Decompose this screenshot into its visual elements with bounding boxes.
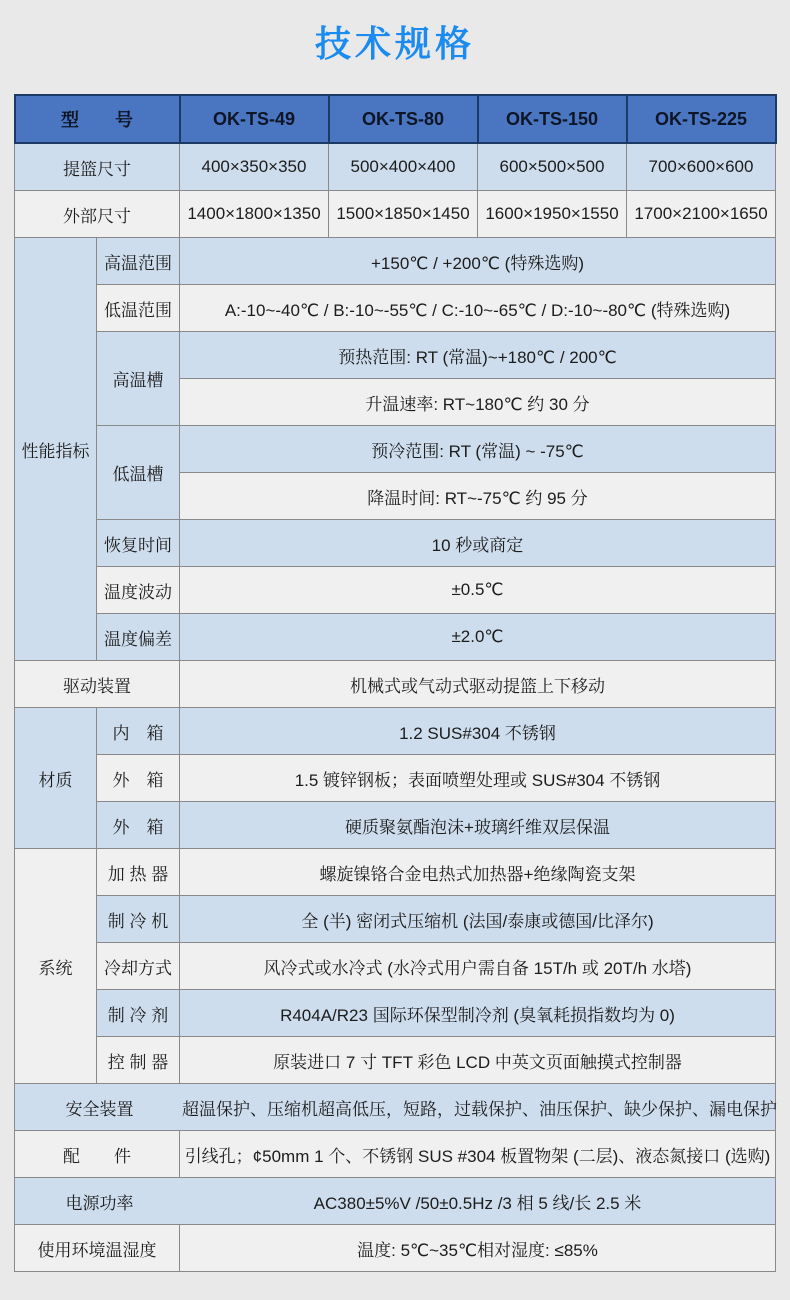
row-label: 使用环境温湿度 [15, 1225, 180, 1272]
table-row: 控 制 器原装进口 7 寸 TFT 彩色 LCD 中英文页面触摸式控制器 [15, 1037, 776, 1084]
dimension-value: 400×350×350 [180, 143, 329, 191]
row-value: 预热范围: RT (常温)~+180℃ / 200℃ [180, 332, 776, 379]
sub-label: 内 箱 [97, 708, 180, 755]
dimension-value: 1700×2100×1650 [627, 191, 776, 238]
merged-row: 安全装置超温保护、压缩机超高低压，短路，过载保护、油压保护、缺少保护、漏电保护 [17, 1084, 773, 1130]
row-label: 外部尺寸 [15, 191, 180, 238]
sub-label: 高温范围 [97, 238, 180, 285]
header-model-ok-ts-80: OK-TS-80 [329, 95, 478, 143]
table-row: 电源功率AC380±5%V /50±0.5Hz /3 相 5 线/长 2.5 米 [15, 1178, 776, 1225]
sub-label: 低温范围 [97, 285, 180, 332]
row-value: 升温速率: RT~180℃ 约 30 分 [180, 379, 776, 426]
table-row: 低温槽预冷范围: RT (常温) ~ -75℃ [15, 426, 776, 473]
header-model-ok-ts-49: OK-TS-49 [180, 95, 329, 143]
dimension-value: 700×600×600 [627, 143, 776, 191]
header-model-ok-ts-150: OK-TS-150 [478, 95, 627, 143]
row-label: 配 件 [15, 1131, 180, 1178]
row-value: 超温保护、压缩机超高低压，短路，过载保护、油压保护、缺少保护、漏电保护 [182, 1095, 777, 1120]
sub-label: 恢复时间 [97, 520, 180, 567]
row-value: 1.2 SUS#304 不锈钢 [180, 708, 776, 755]
sub-label: 制 冷 剂 [97, 990, 180, 1037]
row-value: +150℃ / +200℃ (特殊选购) [180, 238, 776, 285]
table-row: 外 箱1.5 镀锌钢板；表面喷塑处理或 SUS#304 不锈钢 [15, 755, 776, 802]
table-row: 高温槽预热范围: RT (常温)~+180℃ / 200℃ [15, 332, 776, 379]
table-row: 外部尺寸1400×1800×13501500×1850×14501600×195… [15, 191, 776, 238]
table-row: 温度偏差±2.0℃ [15, 614, 776, 661]
row-value: 硬质聚氨酯泡沫+玻璃纤维双层保温 [180, 802, 776, 849]
sub-label: 低温槽 [97, 426, 180, 520]
row-label: 电源功率 [17, 1189, 182, 1214]
row-value: ±0.5℃ [180, 567, 776, 614]
row-value: 机械式或气动式驱动提篮上下移动 [180, 661, 776, 708]
sub-label: 高温槽 [97, 332, 180, 426]
row-label: 驱动装置 [15, 661, 180, 708]
row-value: 螺旋镍铬合金电热式加热器+绝缘陶瓷支架 [180, 849, 776, 896]
sub-label: 外 箱 [97, 755, 180, 802]
table-row: 使用环境温湿度温度: 5℃~35℃相对湿度: ≤85% [15, 1225, 776, 1272]
table-row: 材质内 箱1.2 SUS#304 不锈钢 [15, 708, 776, 755]
table-row: 驱动装置机械式或气动式驱动提篮上下移动 [15, 661, 776, 708]
row-label: 提篮尺寸 [15, 143, 180, 191]
row-value: 10 秒或商定 [180, 520, 776, 567]
row-value: 1.5 镀锌钢板；表面喷塑处理或 SUS#304 不锈钢 [180, 755, 776, 802]
sub-label: 控 制 器 [97, 1037, 180, 1084]
row-value: 风冷式或水冷式 (水冷式用户需自备 15T/h 或 20T/h 水塔) [180, 943, 776, 990]
table-row: 制 冷 机全 (半) 密闭式压缩机 (法国/泰康或德国/比泽尔) [15, 896, 776, 943]
header-row: 型 号OK-TS-49OK-TS-80OK-TS-150OK-TS-225 [15, 95, 776, 143]
dimension-value: 1600×1950×1550 [478, 191, 627, 238]
table-row: 制 冷 剂R404A/R23 国际环保型制冷剂 (臭氧耗损指数均为 0) [15, 990, 776, 1037]
dimension-value: 1400×1800×1350 [180, 191, 329, 238]
group-label: 系统 [15, 849, 97, 1084]
table-row: 恢复时间10 秒或商定 [15, 520, 776, 567]
table-row: 配 件引线孔；¢50mm 1 个、不锈钢 SUS #304 板置物架 (二层)、… [15, 1131, 776, 1178]
merged-row-cell: 安全装置超温保护、压缩机超高低压，短路，过载保护、油压保护、缺少保护、漏电保护 [15, 1084, 776, 1131]
header-model-label: 型 号 [15, 95, 180, 143]
table-row: 安全装置超温保护、压缩机超高低压，短路，过载保护、油压保护、缺少保护、漏电保护 [15, 1084, 776, 1131]
merged-row-cell: 电源功率AC380±5%V /50±0.5Hz /3 相 5 线/长 2.5 米 [15, 1178, 776, 1225]
sub-label: 外 箱 [97, 802, 180, 849]
row-label: 安全装置 [17, 1095, 182, 1120]
table-row: 性能指标高温范围+150℃ / +200℃ (特殊选购) [15, 238, 776, 285]
sub-label: 温度偏差 [97, 614, 180, 661]
header-model-ok-ts-225: OK-TS-225 [627, 95, 776, 143]
table-row: 外 箱硬质聚氨酯泡沫+玻璃纤维双层保温 [15, 802, 776, 849]
table-row: 低温范围A:-10~-40℃ / B:-10~-55℃ / C:-10~-65℃… [15, 285, 776, 332]
row-value: 降温时间: RT~-75℃ 约 95 分 [180, 473, 776, 520]
row-value: ±2.0℃ [180, 614, 776, 661]
sub-label: 加 热 器 [97, 849, 180, 896]
row-value: 温度: 5℃~35℃相对湿度: ≤85% [180, 1225, 776, 1272]
dimension-value: 500×400×400 [329, 143, 478, 191]
row-value: 原装进口 7 寸 TFT 彩色 LCD 中英文页面触摸式控制器 [180, 1037, 776, 1084]
row-value: 全 (半) 密闭式压缩机 (法国/泰康或德国/比泽尔) [180, 896, 776, 943]
sub-label: 冷却方式 [97, 943, 180, 990]
row-value: 引线孔；¢50mm 1 个、不锈钢 SUS #304 板置物架 (二层)、液态氮… [180, 1131, 776, 1178]
table-row: 提篮尺寸400×350×350500×400×400600×500×500700… [15, 143, 776, 191]
sub-label: 温度波动 [97, 567, 180, 614]
merged-row: 电源功率AC380±5%V /50±0.5Hz /3 相 5 线/长 2.5 米 [17, 1178, 773, 1224]
dimension-value: 1500×1850×1450 [329, 191, 478, 238]
row-value: 预冷范围: RT (常温) ~ -75℃ [180, 426, 776, 473]
group-label: 材质 [15, 708, 97, 849]
spec-table: 型 号OK-TS-49OK-TS-80OK-TS-150OK-TS-225提篮尺… [14, 94, 777, 1272]
dimension-value: 600×500×500 [478, 143, 627, 191]
table-row: 系统加 热 器螺旋镍铬合金电热式加热器+绝缘陶瓷支架 [15, 849, 776, 896]
group-label: 性能指标 [15, 238, 97, 661]
row-value: R404A/R23 国际环保型制冷剂 (臭氧耗损指数均为 0) [180, 990, 776, 1037]
row-value: AC380±5%V /50±0.5Hz /3 相 5 线/长 2.5 米 [182, 1189, 773, 1214]
page-title: 技术规格 [0, 16, 790, 67]
table-row: 冷却方式风冷式或水冷式 (水冷式用户需自备 15T/h 或 20T/h 水塔) [15, 943, 776, 990]
table-row: 温度波动±0.5℃ [15, 567, 776, 614]
sub-label: 制 冷 机 [97, 896, 180, 943]
row-value: A:-10~-40℃ / B:-10~-55℃ / C:-10~-65℃ / D… [180, 285, 776, 332]
